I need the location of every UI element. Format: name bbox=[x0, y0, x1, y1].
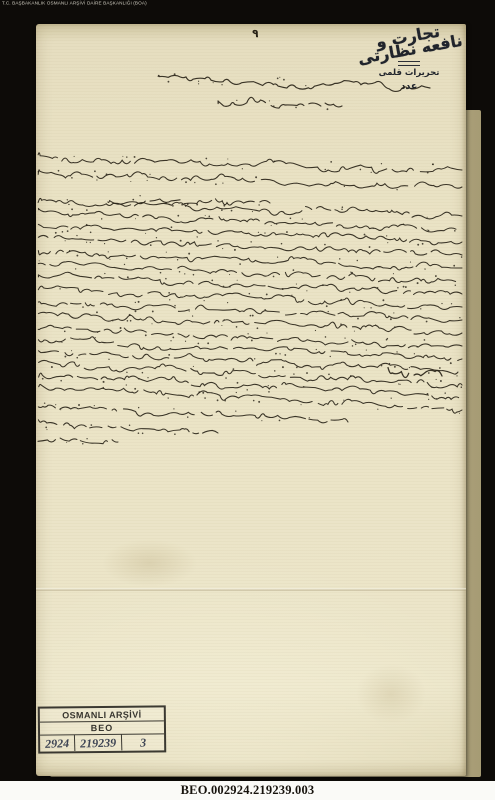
ministry-letterhead: تجارت و نافعه نظارتى تحريرات قلمى عدد bbox=[356, 30, 462, 92]
foxing-stain bbox=[356, 664, 426, 724]
document-page: تجارت و نافعه نظارتى تحريرات قلمى عدد ٩ … bbox=[36, 24, 466, 776]
stamp-archive-name: OSMANLI ARŞİVİ bbox=[40, 707, 164, 722]
document-number-label: عدد bbox=[356, 81, 462, 92]
folio-number-mark: ٩ bbox=[251, 27, 259, 41]
archive-stamp: OSMANLI ARŞİVİ BEO 2924 219239 3 bbox=[38, 705, 166, 753]
bureau-line: تحريرات قلمى bbox=[356, 68, 462, 78]
ministry-calligraphy: تجارت و نافعه نظارتى bbox=[355, 21, 464, 65]
caption-bar: BEO.002924.219239.003 bbox=[0, 781, 495, 800]
fold-crease bbox=[36, 588, 466, 591]
stamp-field-2: 219239 bbox=[75, 734, 122, 751]
scanned-document-frame: T.C. BAŞBAKANLIK OSMANLI ARŞİVİ DAİRE BA… bbox=[0, 0, 495, 800]
archive-watermark-text: T.C. BAŞBAKANLIK OSMANLI ARŞİVİ DAİRE BA… bbox=[2, 1, 147, 6]
stamp-field-3: 3 bbox=[122, 734, 164, 751]
stamp-field-1: 2924 bbox=[40, 735, 75, 752]
document-reference-number: BEO.002924.219239.003 bbox=[181, 783, 315, 798]
foxing-stain bbox=[102, 539, 197, 587]
letterhead-divider-ornament bbox=[398, 61, 420, 66]
stamp-number-row: 2924 219239 3 bbox=[40, 734, 164, 751]
handwritten-manuscript-block bbox=[36, 24, 466, 776]
